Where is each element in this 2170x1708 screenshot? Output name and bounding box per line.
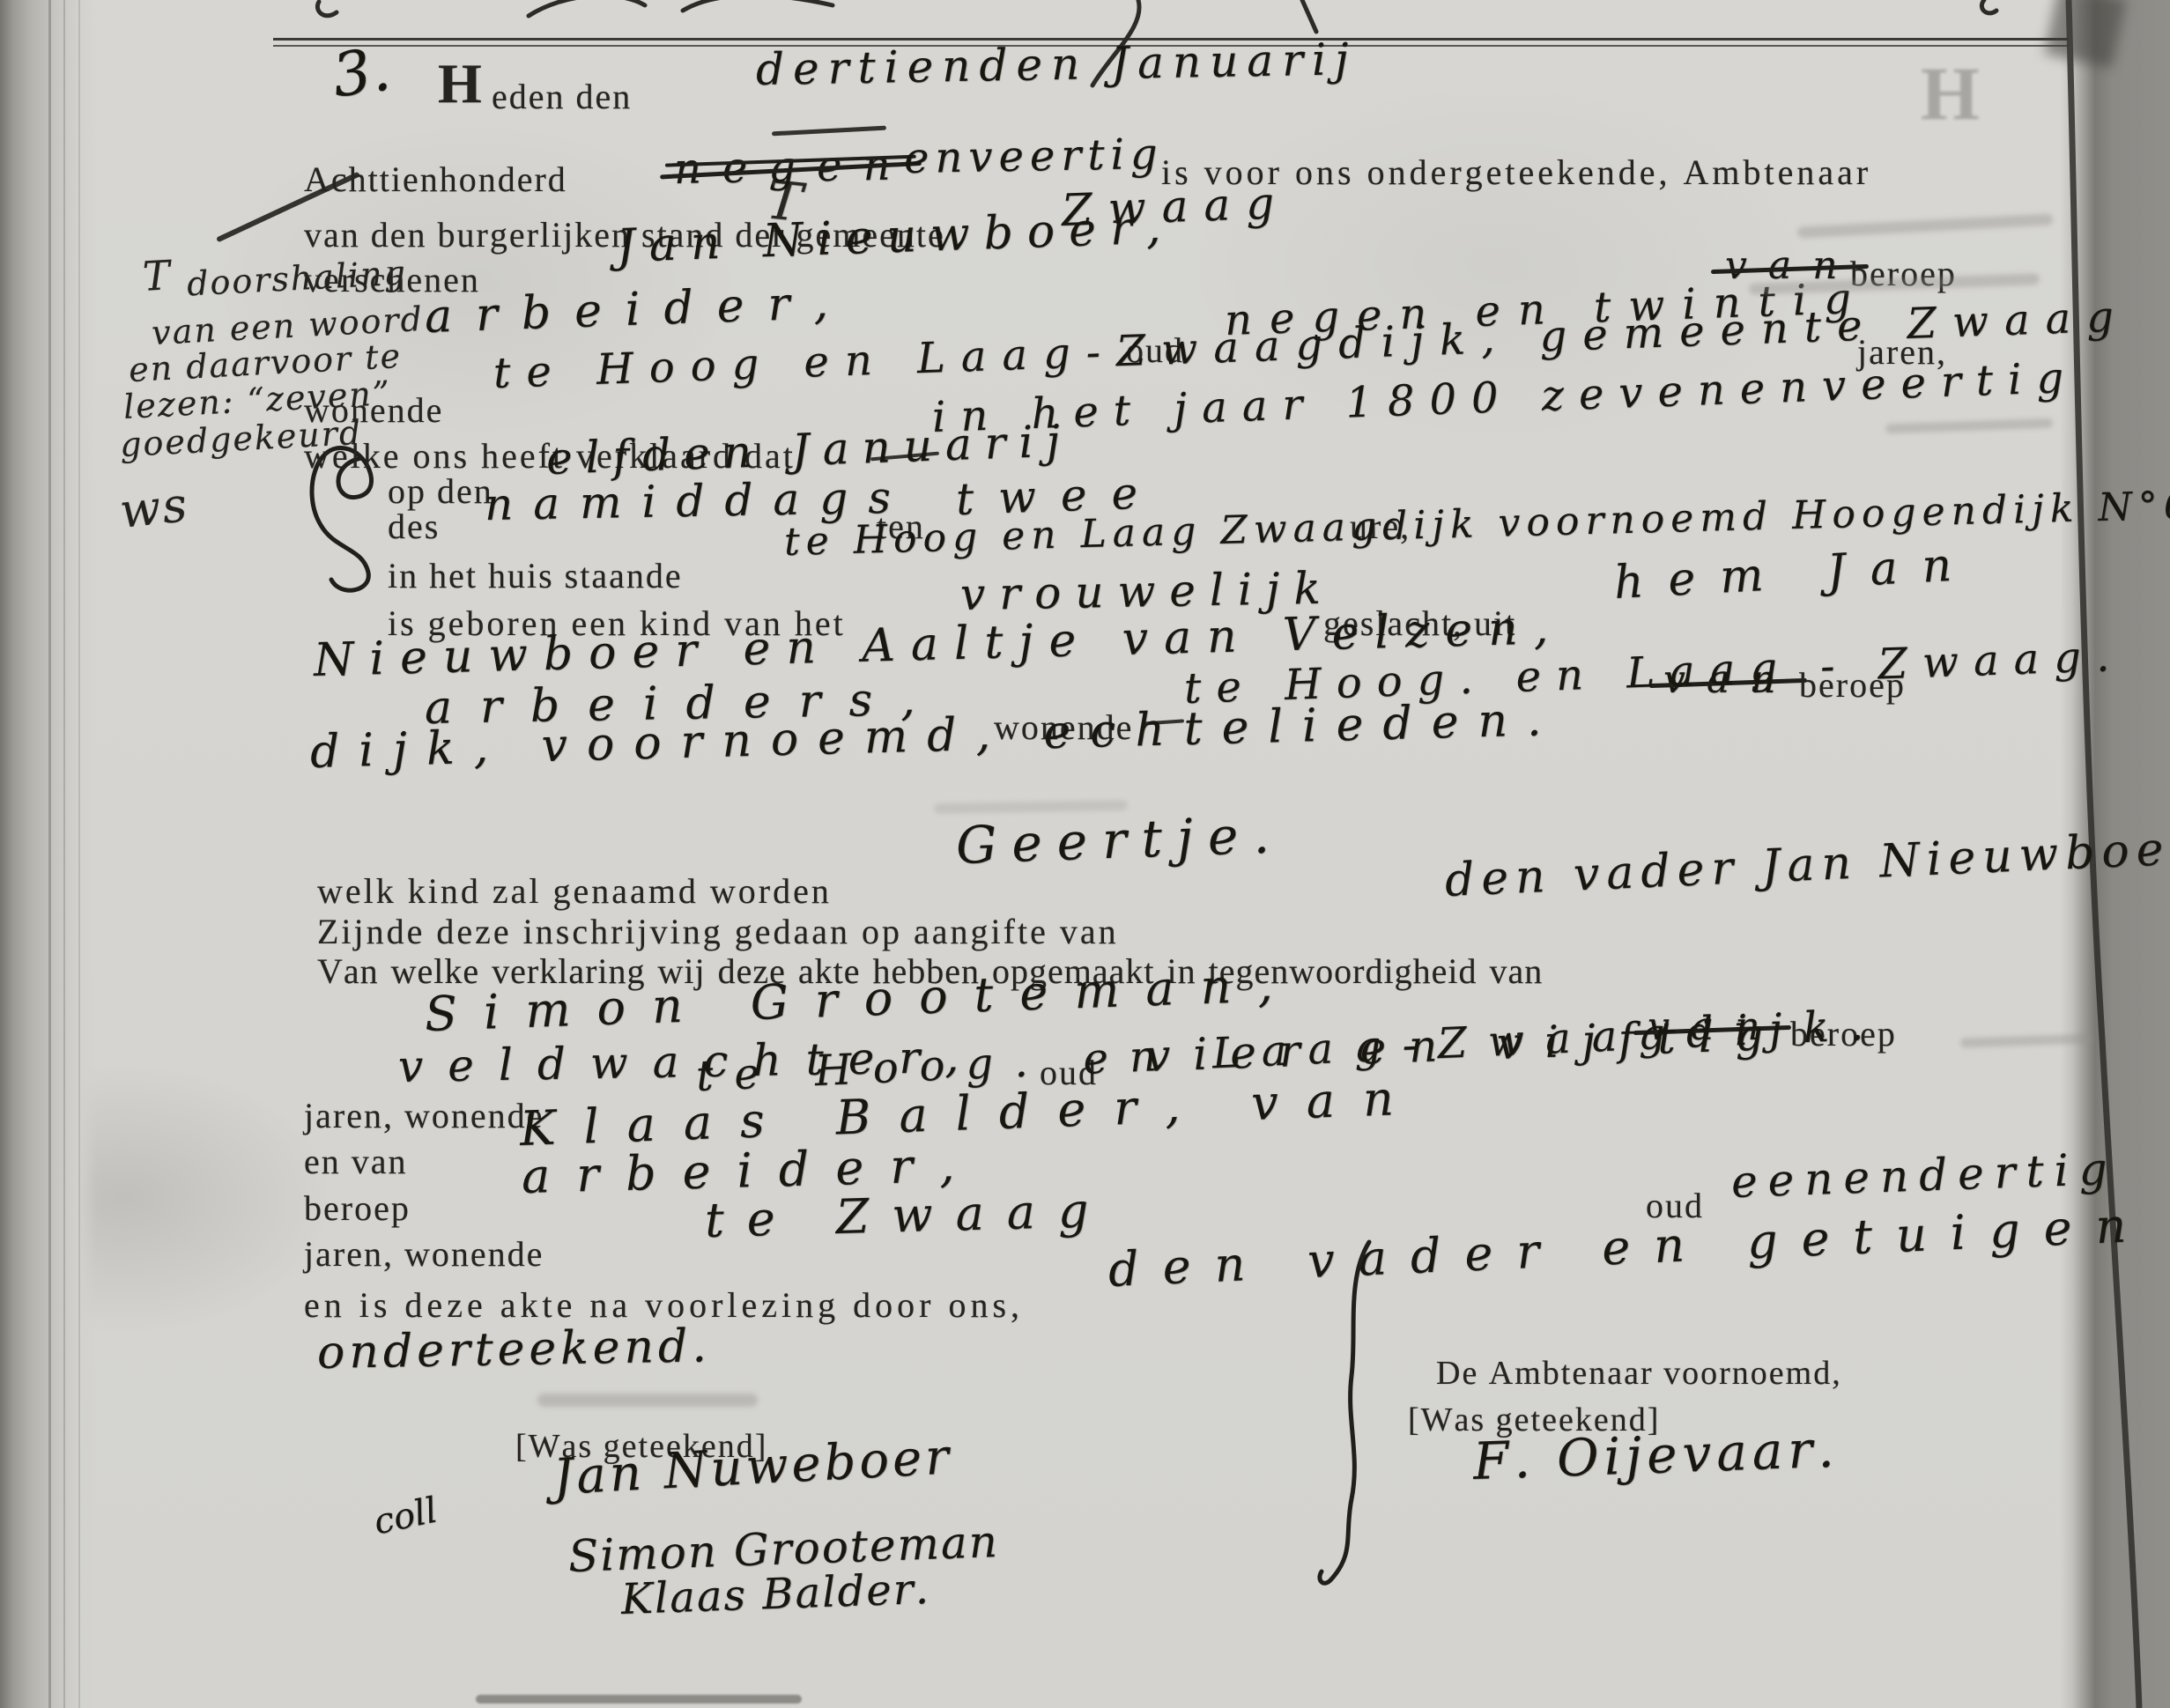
printed-text: des bbox=[388, 506, 440, 547]
signature-group-brace bbox=[1311, 1235, 1408, 1587]
margin-paraph-initials: ws bbox=[117, 477, 191, 539]
printed-text: Achttienhonderd bbox=[304, 159, 567, 200]
printed-text: eden den bbox=[492, 76, 632, 117]
printed-text: in het huis staande bbox=[388, 555, 683, 596]
official-signature: F. Oijevaar. bbox=[1472, 1419, 1840, 1491]
official-title: De Ambtenaar voornoemd, bbox=[1436, 1354, 1842, 1393]
bleedthrough-letter: H bbox=[1921, 49, 1980, 137]
scanned-birth-record-page: T doorshaling van een woord en daarvoor … bbox=[0, 0, 2170, 1708]
handwritten-act-date: dertienden Januarij bbox=[755, 33, 1357, 95]
printed-text: Zijnde deze inschrijving gedaan op aangi… bbox=[317, 911, 1119, 952]
printed-text: en is deze akte na voorlezing door ons, bbox=[304, 1284, 1024, 1326]
act-number: 3. bbox=[329, 34, 395, 111]
margin-reference-mark: T bbox=[142, 251, 173, 300]
printed-text: jaren, wonende bbox=[304, 1095, 544, 1136]
printed-text: beroep bbox=[304, 1187, 411, 1229]
handwritten-year-word: enveertig bbox=[904, 129, 1164, 183]
handwritten-child-name: Geertje. bbox=[955, 804, 1285, 876]
printed-text: en van bbox=[304, 1141, 408, 1182]
printed-text: jaren, wonende bbox=[304, 1233, 544, 1275]
handwritten-witness2-residence: te Zwaag bbox=[704, 1182, 1112, 1248]
bleedthrough-smudge bbox=[537, 1394, 758, 1407]
bottom-edge-marks bbox=[476, 1695, 802, 1704]
printed-initial: H bbox=[438, 51, 482, 116]
printed-text: wonende bbox=[304, 389, 443, 431]
handwritten-signed-word: onderteekend. bbox=[316, 1320, 711, 1379]
printed-text: welk kind zal genaamd worden bbox=[317, 870, 832, 912]
